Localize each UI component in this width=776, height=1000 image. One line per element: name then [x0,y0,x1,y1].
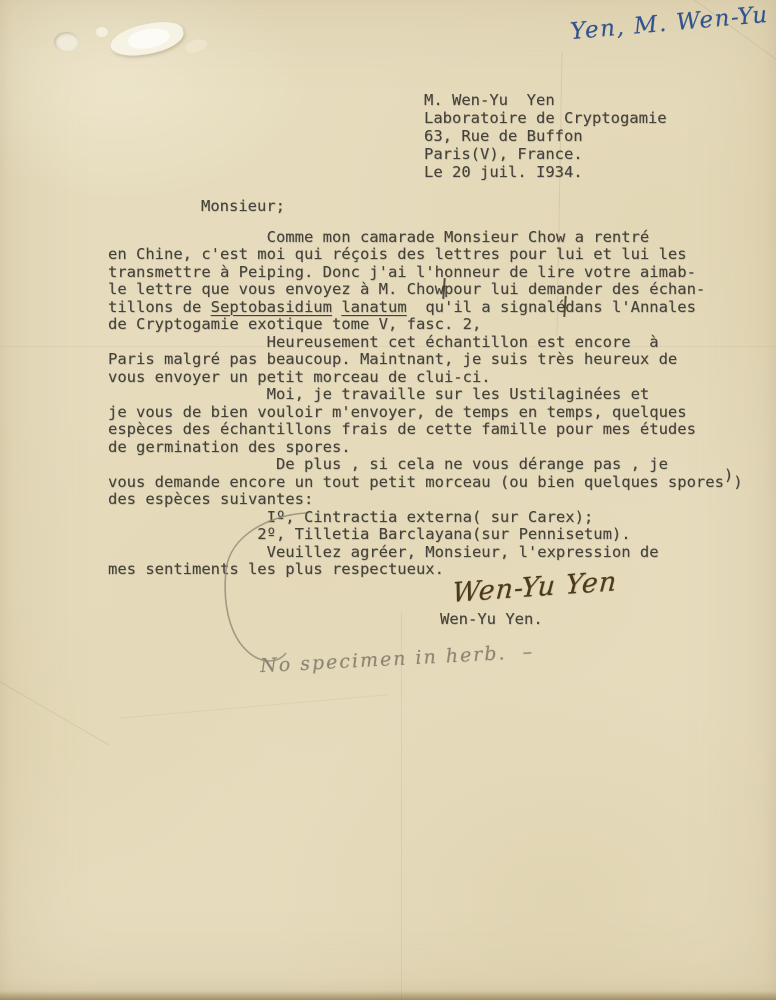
sender-line: 63, Rue de Buffon [424,127,667,145]
letter-paragraphs: Comme mon camarade Monsieur Chow a rentr… [108,228,743,578]
archival-note-handwriting: Yen, M. Wen-Yu [569,1,776,45]
letter-line: Iº, Cintractia externa( sur Carex); [108,508,743,526]
salutation: Monsieur; [201,197,743,215]
scanned-letter-page: Yen, M. Wen-Yu M. Wen-Yu YenLaboratoire … [0,0,776,1000]
paper-damage-spot [127,27,171,50]
letter-line: Veuillez agréer, Monsieur, l'expression … [108,543,743,561]
text-segment: pour lui demander des échan- [444,280,705,298]
sender-line: Le 20 juil. I934. [424,163,667,181]
letter-line: des espèces suivantes: [108,490,743,508]
letter-line: Comme mon camarade Monsieur Chow a rentr… [108,228,743,246]
paper-damage-spot [96,27,108,37]
letter-line: De plus , si cela ne vous dérange pas , … [108,455,743,473]
text-segment: ) [733,473,742,491]
text-segment: mes sentiments les plus respectueux. [108,560,444,578]
text-segment: qu'il a signalé [407,298,566,316]
sender-address-block: M. Wen-Yu YenLaboratoire de Cryptogamie6… [424,91,667,181]
text-segment: je vous de bien vouloir m'envoyer, de te… [108,403,687,421]
letter-line: vous envoyer un petit morceau de clui-ci… [108,368,743,386]
paper-crease [401,612,402,1000]
letter-line: de germination des spores. [108,438,743,456]
sender-line: Laboratoire de Cryptogamie [424,109,667,127]
letter-line: Moi, je travaille sur les Ustilaginées e… [108,385,743,403]
sender-line: M. Wen-Yu Yen [424,91,667,109]
text-segment: Veuillez agréer, Monsieur, l'expression … [108,543,659,561]
pencil-herbarium-note: No specimen in herb. – [260,641,535,677]
letter-line: espèces des échantillons frais de cette … [108,420,743,438]
text-segment: lanatum [341,298,406,316]
text-segment: le lettre que vous envoyez à M. Chow [108,280,444,298]
paper-damage-spot [184,37,208,54]
text-segment: tillons de [108,298,211,316]
letter-line: tillons de Septobasidium lanatum qu'il a… [108,298,743,316]
letter-line: mes sentiments les plus respectueux. [108,560,743,578]
text-segment: 2º, Tilletia Barclayana(sur Pennisetum). [108,525,631,543]
letter-line: en Chine, c'est moi qui réçois des lettr… [108,245,743,263]
letter-line: vous demande encore un tout petit morcea… [108,473,743,491]
text-segment: de germination des spores. [108,438,351,456]
letter-line: Paris malgré pas beaucoup. Maintnant, je… [108,350,743,368]
text-segment: des espèces suivantes: [108,490,313,508]
letter-line: je vous de bien vouloir m'envoyer, de te… [108,403,743,421]
page-bottom-edge-shadow [0,991,776,1000]
text-segment: Heureusement cet échantillon est encore … [108,333,659,351]
text-segment: De plus , si cela ne vous dérange pas , … [108,455,668,473]
text-segment [332,298,341,316]
text-segment: de Cryptogamie exotique tome V, fasc. 2, [108,315,481,333]
text-segment: Iº, Cintractia externa( sur Carex); [108,508,593,526]
text-segment: Comme mon camarade Monsieur Chow a rentr… [108,228,649,246]
sender-line: Paris(V), France. [424,145,667,163]
text-segment: en Chine, c'est moi qui réçois des lettr… [108,245,687,263]
paper-crease [0,680,110,746]
typed-signature: Wen-Yu Yen. [440,610,543,628]
paper-damage-spot [108,18,186,59]
text-segment: Septobasidium [211,298,332,316]
letter-line: 2º, Tilletia Barclayana(sur Pennisetum). [108,525,743,543]
letter-line: de Cryptogamie exotique tome V, fasc. 2, [108,315,743,333]
text-segment: dans l'Annales [565,298,696,316]
letter-line: Heureusement cet échantillon est encore … [108,333,743,351]
letter-line: le lettre que vous envoyez à M. Chowpour… [108,280,743,298]
letter-line: transmettre à Peiping. Donc j'ai l'honne… [108,263,743,281]
text-segment: Moi, je travaille sur les Ustilaginées e… [108,385,649,403]
text-segment: transmettre à Peiping. Donc j'ai l'honne… [108,263,696,281]
paper-damage-spot [54,32,79,52]
paper-crease [118,694,387,719]
text-segment: vous demande encore un tout petit morcea… [108,473,724,491]
letter-body: Monsieur; Comme mon camarade Monsieur Ch… [108,197,743,578]
text-segment: vous envoyer un petit morceau de clui-ci… [108,368,491,386]
text-segment: espèces des échantillons frais de cette … [108,420,696,438]
text-segment: Paris malgré pas beaucoup. Maintnant, je… [108,350,677,368]
